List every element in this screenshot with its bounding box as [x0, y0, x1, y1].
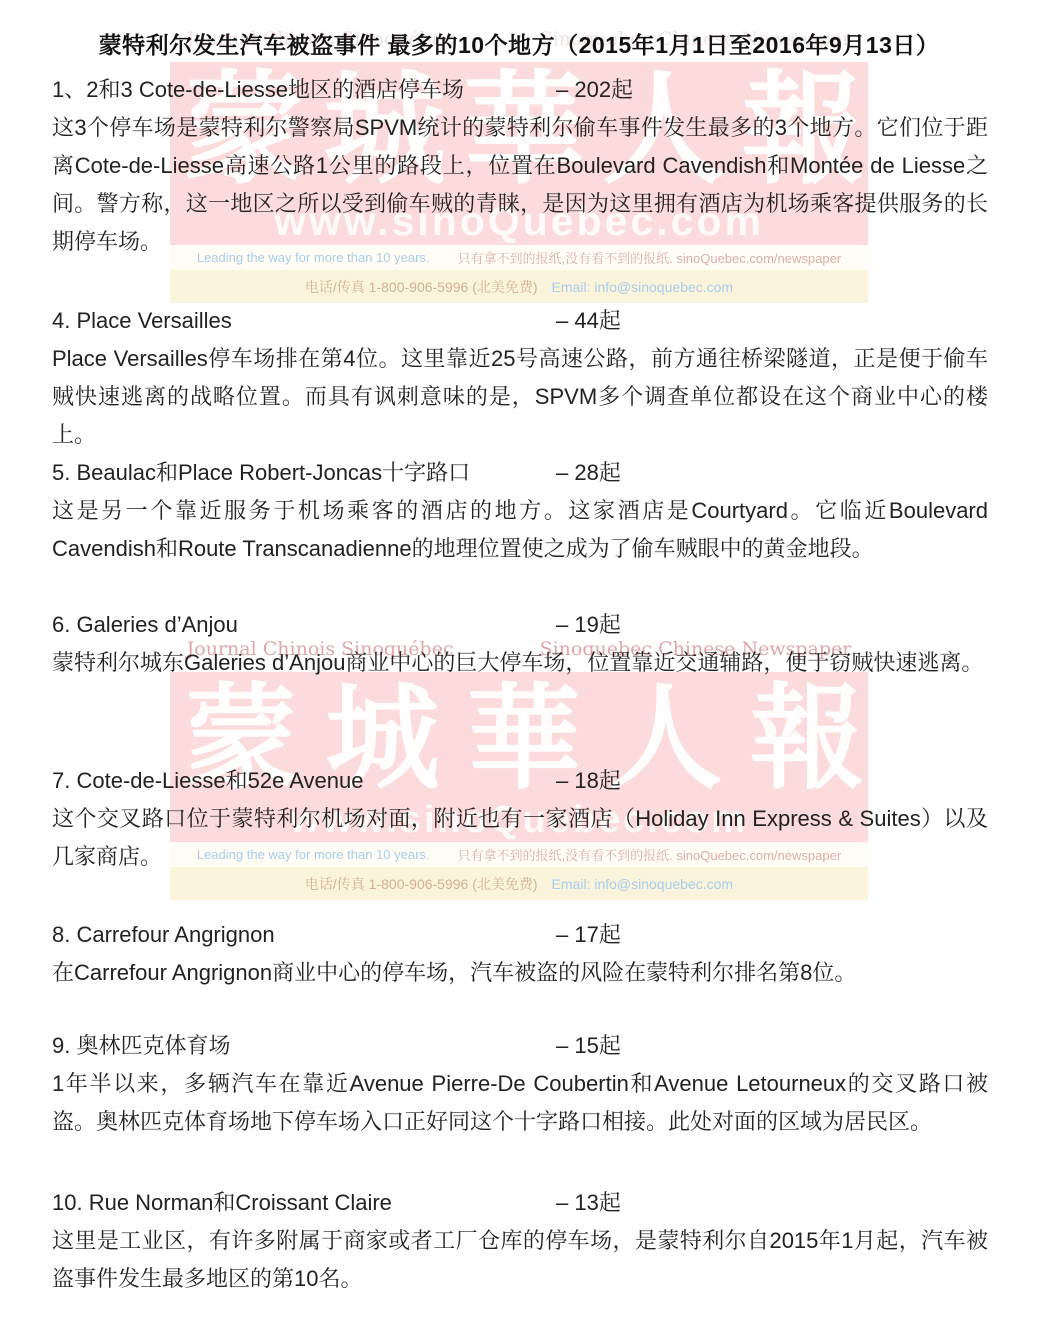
location-heading: 8. Carrefour Angrignon – 17起 [52, 916, 988, 954]
location-description: 在Carrefour Angrignon商业中心的停车场，汽车被盗的风险在蒙特利… [52, 954, 988, 992]
incident-count: – 18起 [556, 762, 621, 800]
location-heading: 5. Beaulac和Place Robert-Joncas十字路口 – 28起 [52, 454, 988, 492]
location-name: 8. Carrefour Angrignon [52, 922, 275, 947]
incident-count: – 15起 [556, 1027, 621, 1065]
location-heading: 7. Cote-de-Liesse和52e Avenue – 18起 [52, 762, 988, 800]
theft-location-section-4: 4. Place Versailles – 44起 Place Versaill… [52, 302, 988, 454]
incident-count: – 202起 [556, 71, 633, 109]
theft-location-section-7: 7. Cote-de-Liesse和52e Avenue – 18起 这个交叉路… [52, 762, 988, 876]
incident-count: – 13起 [556, 1184, 621, 1222]
article-page: Journal Chinois Sinoquébec Sinoquebec Ch… [0, 0, 1038, 1332]
location-heading: 1、2和3 Cote-de-Liesse地区的酒店停车场 – 202起 [52, 71, 988, 109]
incident-count: – 44起 [556, 302, 621, 340]
location-description: 蒙特利尔城东Galeries d’Anjou商业中心的巨大停车场，位置靠近交通辅… [52, 644, 988, 682]
theft-location-section-5: 5. Beaulac和Place Robert-Joncas十字路口 – 28起… [52, 454, 988, 568]
article-content: 蒙特利尔发生汽车被盗事件 最多的10个地方（2015年1月1日至2016年9月1… [0, 0, 1038, 1332]
theft-location-section-9: 9. 奥林匹克体育场 – 15起 1年半以来，多辆汽车在靠近Avenue Pie… [52, 1027, 988, 1141]
location-description: 这3个停车场是蒙特利尔警察局SPVM统计的蒙特利尔偷车事件发生最多的3个地方。它… [52, 109, 988, 261]
location-heading: 6. Galeries d’Anjou – 19起 [52, 606, 988, 644]
location-name: 5. Beaulac和Place Robert-Joncas十字路口 [52, 460, 470, 485]
theft-location-section-8: 8. Carrefour Angrignon – 17起 在Carrefour … [52, 916, 988, 992]
location-heading: 4. Place Versailles – 44起 [52, 302, 988, 340]
theft-location-section-10: 10. Rue Norman和Croissant Claire – 13起 这里… [52, 1184, 988, 1298]
location-name: 4. Place Versailles [52, 308, 232, 333]
location-heading: 10. Rue Norman和Croissant Claire – 13起 [52, 1184, 988, 1222]
incident-count: – 19起 [556, 606, 621, 644]
location-name: 6. Galeries d’Anjou [52, 612, 238, 637]
location-description: 这个交叉路口位于蒙特利尔机场对面，附近也有一家酒店（Holiday Inn Ex… [52, 800, 988, 876]
theft-location-section-6: 6. Galeries d’Anjou – 19起 蒙特利尔城东Galeries… [52, 606, 988, 682]
location-name: 10. Rue Norman和Croissant Claire [52, 1190, 392, 1215]
location-name: 1、2和3 Cote-de-Liesse地区的酒店停车场 [52, 77, 464, 102]
theft-location-section-1: 1、2和3 Cote-de-Liesse地区的酒店停车场 – 202起 这3个停… [52, 71, 988, 261]
location-description: 这是另一个靠近服务于机场乘客的酒店的地方。这家酒店是Courtyard。它临近B… [52, 492, 988, 568]
incident-count: – 28起 [556, 454, 621, 492]
incident-count: – 17起 [556, 916, 621, 954]
location-description: 1年半以来，多辆汽车在靠近Avenue Pierre-De Coubertin和… [52, 1065, 988, 1141]
location-name: 9. 奥林匹克体育场 [52, 1033, 230, 1058]
location-description: 这里是工业区，有许多附属于商家或者工厂仓库的停车场，是蒙特利尔自2015年1月起… [52, 1222, 988, 1298]
page-title: 蒙特利尔发生汽车被盗事件 最多的10个地方（2015年1月1日至2016年9月1… [0, 27, 1038, 60]
location-name: 7. Cote-de-Liesse和52e Avenue [52, 768, 363, 793]
location-description: Place Versailles停车场排在第4位。这里靠近25号高速公路，前方通… [52, 340, 988, 454]
location-heading: 9. 奥林匹克体育场 – 15起 [52, 1027, 988, 1065]
